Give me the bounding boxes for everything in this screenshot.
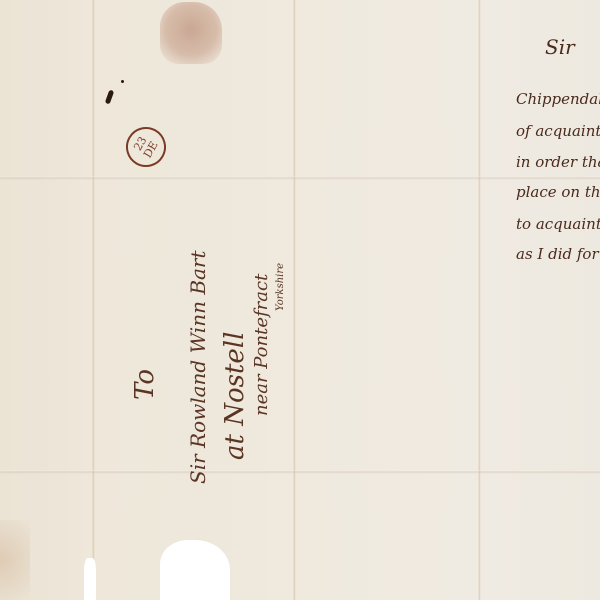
paper-hole: [160, 540, 230, 600]
letter-line: as I did for: [516, 245, 599, 263]
address-near: near Pontefract: [251, 274, 272, 416]
wax-seal-stain: [160, 2, 222, 64]
paper-hole: [84, 558, 96, 600]
vertical-fold: [478, 0, 481, 600]
vertical-fold: [92, 0, 95, 600]
address-county: Yorkshire: [275, 263, 286, 311]
horizontal-fold: [0, 470, 600, 474]
address-to: To: [130, 369, 160, 400]
letter-line: of acquainting: [516, 122, 600, 140]
letter-line: place on the D: [516, 183, 600, 201]
address-name: Sir Rowland Winn Bart: [186, 250, 210, 484]
letter-line: in order that y: [516, 153, 600, 171]
paper-stain: [0, 520, 30, 600]
ink-dot: [121, 80, 124, 83]
letter-line: to acquaint m: [516, 215, 600, 233]
vertical-fold: [293, 0, 296, 600]
horizontal-fold: [0, 176, 600, 180]
letter-paper: [0, 0, 600, 600]
letter-salutation: Sir: [545, 35, 575, 59]
letter-line: Chippendale fo: [516, 90, 600, 108]
address-place: at Nostell: [220, 332, 250, 460]
